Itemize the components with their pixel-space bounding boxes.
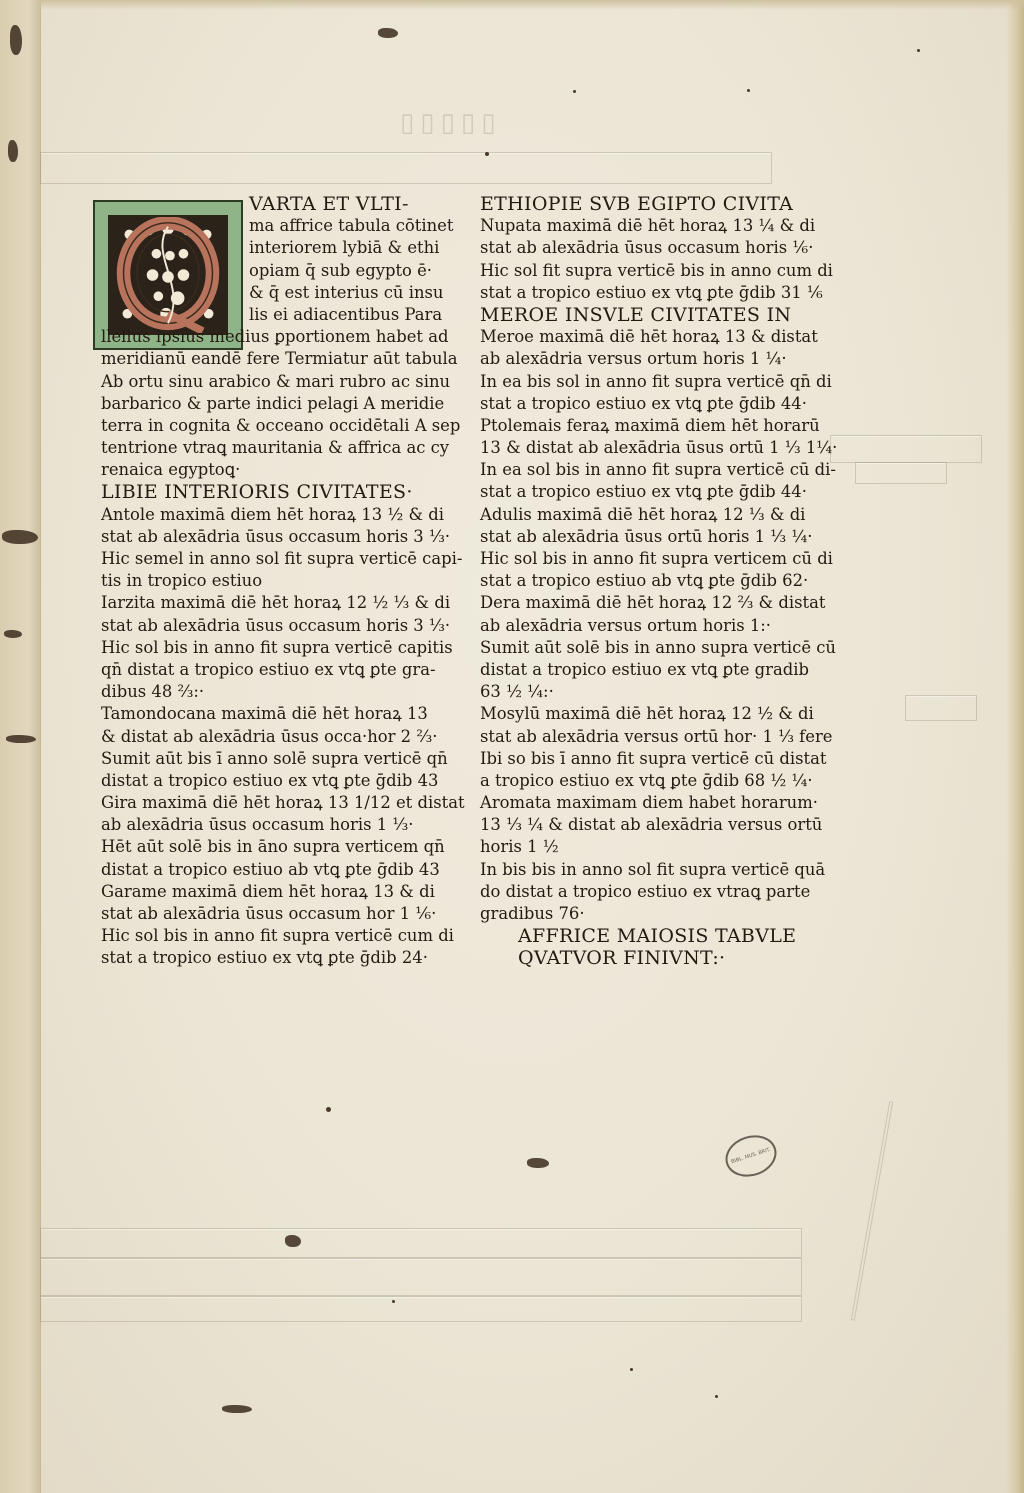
text-line: Sumit aūt solē bis in anno supra verticē… bbox=[480, 637, 820, 659]
text-line: ma affrice tabula cōtinet bbox=[101, 215, 451, 237]
text-line: Hēt aūt solē bis in āno supra verticem q… bbox=[101, 836, 451, 858]
text-line: Hic semel in anno sol fit supra verticē … bbox=[101, 548, 451, 570]
blind-impression-text-top: ▯▯▯▯▯ bbox=[400, 108, 502, 138]
text-line: In ea bis sol in anno fit supra verticē … bbox=[480, 371, 820, 393]
text-line: Dera maximā diē hēt horaꝝ 12 ⅔ & distat bbox=[480, 592, 820, 614]
text-line: stat a tropico estiuo ex vtꝗ ꝑte ḡdib 24… bbox=[101, 947, 451, 969]
text-line: stat ab alexādria ūsus occasum horis 3 ⅓… bbox=[101, 526, 451, 548]
section-heading: MEROE INSVLE CIVITATES IN bbox=[480, 304, 820, 326]
page-edge-top bbox=[40, 0, 1024, 10]
ink-stain bbox=[222, 1405, 252, 1413]
text-line: ab alexādria versus ortum horis 1 ¼· bbox=[480, 348, 820, 370]
text-line: stat ab alexādria versus ortū hor· 1 ⅓ f… bbox=[480, 726, 820, 748]
text-line: gradibus 76· bbox=[480, 903, 820, 925]
text-line: meridianū eandē fere Termiatur aūt tabul… bbox=[101, 348, 451, 370]
section-heading: LIBIE INTERIORIS CIVITATES· bbox=[101, 481, 451, 503]
text-line: In bis bis in anno sol fit supra verticē… bbox=[480, 859, 820, 881]
opening-heading: VARTA ET VLTI- bbox=[101, 193, 451, 215]
text-line: stat a tropico estiuo ab vtꝗ ꝑte ḡdib 62… bbox=[480, 570, 820, 592]
ink-stain bbox=[285, 1235, 301, 1247]
text-line: Ab ortu sinu arabico & mari rubro ac sin… bbox=[101, 371, 451, 393]
text-line: Antole maximā diem hēt horaꝝ 13 ½ & di bbox=[101, 504, 451, 526]
page-edge-right bbox=[1006, 0, 1024, 1493]
text-line: ab alexādria ūsus occasum horis 1 ⅓· bbox=[101, 814, 451, 836]
text-line: stat a tropico estiuo ex vtꝗ ꝑte ḡdib 44… bbox=[480, 393, 820, 415]
text-line: interiorem lybiā & ethi bbox=[101, 237, 451, 259]
text-line: lis ei adiacentibus Para bbox=[101, 304, 451, 326]
ink-stain bbox=[527, 1158, 549, 1168]
blind-impression-top bbox=[40, 152, 772, 184]
section-heading: ETHIOPIE SVB EGIPTO CIVITA bbox=[480, 193, 820, 215]
text-line: stat a tropico estiuo ex vtꝗ ꝑte ḡdib 44… bbox=[480, 481, 820, 503]
text-line: stat ab alexādria ūsus occasum horis 3 ⅓… bbox=[101, 615, 451, 637]
text-line: tentrione vtraꝗ mauritania & affrica ac … bbox=[101, 437, 451, 459]
text-line: 13 ⅓ ¼ & distat ab alexādria versus ortū bbox=[480, 814, 820, 836]
text-line: Sumit aūt bis ī anno solē supra verticē … bbox=[101, 748, 451, 770]
speck bbox=[917, 49, 920, 52]
text-line: stat ab alexādria ūsus occasum hor 1 ⅙· bbox=[101, 903, 451, 925]
text-line: stat ab alexādria ūsus ortū horis 1 ⅓ ¼· bbox=[480, 526, 820, 548]
ink-stain bbox=[10, 25, 22, 55]
text-line: Hic sol fit supra verticē bis in anno cu… bbox=[480, 260, 820, 282]
text-line: stat a tropico estiuo ex vtꝗ ꝑte ḡdib 31… bbox=[480, 282, 820, 304]
text-line: Mosylū maximā diē hēt horaꝝ 12 ½ & di bbox=[480, 703, 820, 725]
text-line: ab alexādria versus ortum horis 1:· bbox=[480, 615, 820, 637]
manuscript-page: ▯▯▯▯▯ bbox=[0, 0, 1024, 1493]
text-line: Iarzita maximā diē hēt horaꝝ 12 ½ ⅓ & di bbox=[101, 592, 451, 614]
text-line: Aromata maximam diem habet horarum· bbox=[480, 792, 820, 814]
text-line: tis in tropico estiuo bbox=[101, 570, 451, 592]
text-line: 63 ½ ¼:· bbox=[480, 681, 820, 703]
speck bbox=[573, 90, 576, 93]
text-line: qn̄ distat a tropico estiuo ex vtꝗ ꝑte g… bbox=[101, 659, 451, 681]
text-line: Gira maximā diē hēt horaꝝ 13 1/12 et dis… bbox=[101, 792, 451, 814]
binding-gutter bbox=[0, 0, 41, 1493]
text-line: dibus 48 ⅔:· bbox=[101, 681, 451, 703]
text-line: terra in cognita & occeano occidētali A … bbox=[101, 415, 451, 437]
text-line: Ptolemais feraꝝ maximā diem hēt horarū bbox=[480, 415, 820, 437]
blind-impression-right-2 bbox=[855, 462, 947, 484]
text-line: Tamondocana maximā diē hēt horaꝝ 13 bbox=[101, 703, 451, 725]
text-line: distat a tropico estiuo ab vtꝗ ꝑte ḡdib … bbox=[101, 859, 451, 881]
text-line: do distat a tropico estiuo ex vtraꝗ part… bbox=[480, 881, 820, 903]
ink-stain bbox=[378, 28, 398, 38]
text-line: distat a tropico estiuo ex vtꝗ ꝑte gradi… bbox=[480, 659, 820, 681]
ink-stain bbox=[2, 530, 38, 544]
text-line: & q̄ est interius cū insu bbox=[101, 282, 451, 304]
speck bbox=[392, 1300, 395, 1303]
text-line: Nupata maximā diē hēt horaꝝ 13 ¼ & di bbox=[480, 215, 820, 237]
blind-impression-diagonal bbox=[851, 1101, 893, 1320]
blind-impression-bottom-2 bbox=[40, 1258, 802, 1296]
speck bbox=[485, 152, 489, 156]
text-line: Hic sol bis in anno fit supra verticē cu… bbox=[101, 925, 451, 947]
text-line: distat a tropico estiuo ex vtꝗ ꝑte ḡdib … bbox=[101, 770, 451, 792]
speck bbox=[326, 1107, 331, 1112]
blind-impression-bottom-1 bbox=[40, 1228, 802, 1258]
text-line: In ea sol bis in anno fit supra verticē … bbox=[480, 459, 820, 481]
speck bbox=[747, 89, 750, 92]
text-line: Garame maximā diem hēt horaꝝ 13 & di bbox=[101, 881, 451, 903]
ink-stain bbox=[6, 735, 36, 743]
speck bbox=[715, 1395, 718, 1398]
text-line: llellus ipsius medius ꝑportionem habet a… bbox=[101, 326, 451, 348]
ink-stain bbox=[4, 630, 22, 638]
text-line: Adulis maximā diē hēt horaꝝ 12 ⅓ & di bbox=[480, 504, 820, 526]
left-column: VARTA ET VLTI- ma affrice tabula cōtinet… bbox=[101, 193, 451, 970]
text-line: horis 1 ½ bbox=[480, 836, 820, 858]
library-stamp: BIBL. MUS. BRIT. bbox=[720, 1129, 782, 1183]
text-line: Meroe maximā diē hēt horaꝝ 13 & distat bbox=[480, 326, 820, 348]
blind-impression-right-1 bbox=[830, 435, 982, 463]
text-line: stat ab alexādria ūsus occasum horis ⅙· bbox=[480, 237, 820, 259]
text-line: opiam q̄ sub egypto ē· bbox=[101, 260, 451, 282]
text-line: renaica egyptoꝗ· bbox=[101, 459, 451, 481]
colophon-line: QVATVOR FINIVNT:· bbox=[480, 947, 820, 969]
text-line: Ibi so bis ī anno fit supra verticē cū d… bbox=[480, 748, 820, 770]
right-column: ETHIOPIE SVB EGIPTO CIVITA Nupata maximā… bbox=[480, 193, 820, 970]
text-line: & distat ab alexādria ūsus occa·hor 2 ⅔· bbox=[101, 726, 451, 748]
text-line: 13 & distat ab alexādria ūsus ortū 1 ⅓ 1… bbox=[480, 437, 820, 459]
speck bbox=[630, 1368, 633, 1371]
text-line: a tropico estiuo ex vtꝗ ꝑte ḡdib 68 ½ ¼· bbox=[480, 770, 820, 792]
text-line: Hic sol bis in anno fit supra verticem c… bbox=[480, 548, 820, 570]
colophon-line: AFFRICE MAIOSIS TABVLE bbox=[480, 925, 820, 947]
blind-impression-right-3 bbox=[905, 695, 977, 721]
ink-stain bbox=[8, 140, 18, 162]
text-line: barbarico & parte indici pelagi A meridi… bbox=[101, 393, 451, 415]
text-line: Hic sol bis in anno fit supra verticē ca… bbox=[101, 637, 451, 659]
blind-impression-bottom-3 bbox=[40, 1296, 802, 1322]
